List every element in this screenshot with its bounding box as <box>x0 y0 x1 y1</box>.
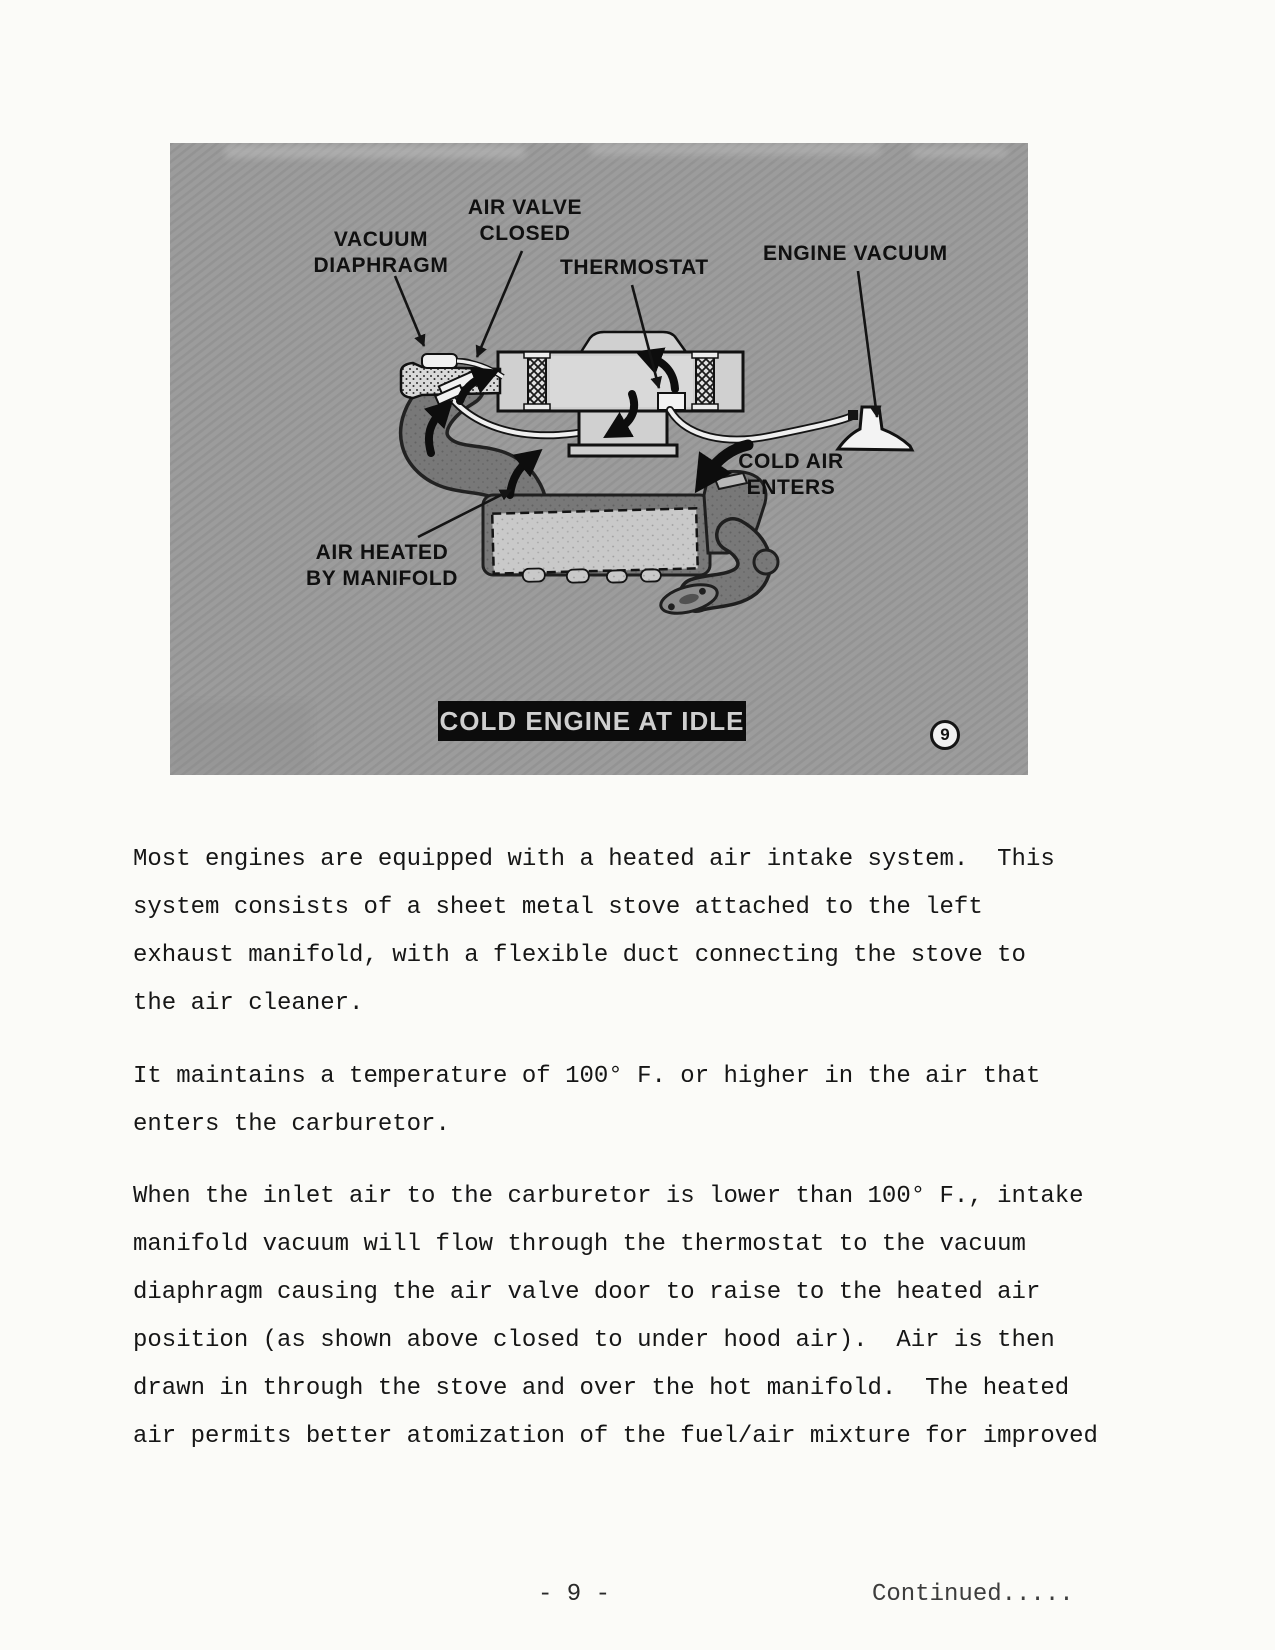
text-line: the air cleaner. <box>133 980 1055 1028</box>
text-line: manifold vacuum will flow through the th… <box>133 1221 1098 1269</box>
carburetor-base <box>569 445 677 456</box>
text-line: diaphragm causing the air valve door to … <box>133 1269 1098 1317</box>
page-number: - 9 - <box>538 1580 610 1610</box>
figure-photo: AIR VALVE CLOSED VACUUM DIAPHRAGM THERMO… <box>170 143 1028 775</box>
photo-background <box>170 143 1028 775</box>
text-line: exhaust manifold, with a flexible duct c… <box>133 932 1055 980</box>
air-cleaner-dome <box>581 332 686 352</box>
label-engine-vacuum: ENGINE VACUUM <box>763 241 948 267</box>
paragraph-1: Most engines are equipped with a heated … <box>133 836 1055 1028</box>
text-line: Most engines are equipped with a heated … <box>133 836 1055 884</box>
text-line: When the inlet air to the carburetor is … <box>133 1173 1098 1221</box>
label-cold-air-enters: COLD AIR ENTERS <box>738 449 844 501</box>
paragraph-2: It maintains a temperature of 100° F. or… <box>133 1053 1040 1149</box>
text-line: enters the carburetor. <box>133 1101 1040 1149</box>
manual-page: AIR VALVE CLOSED VACUUM DIAPHRAGM THERMO… <box>0 0 1275 1650</box>
paragraph-3: When the inlet air to the carburetor is … <box>133 1173 1098 1461</box>
text-line: It maintains a temperature of 100° F. or… <box>133 1053 1040 1101</box>
text-line: air permits better atomization of the fu… <box>133 1413 1098 1461</box>
figure-caption-banner: COLD ENGINE AT IDLE <box>438 701 746 741</box>
filter-element-right <box>692 352 718 410</box>
text-line: system consists of a sheet metal stove a… <box>133 884 1055 932</box>
figure-number-badge: 9 <box>930 720 960 750</box>
engine-airflow-diagram <box>170 143 1028 775</box>
label-air-valve-closed: AIR VALVE CLOSED <box>468 195 582 247</box>
label-vacuum-diaphragm: VACUUM DIAPHRAGM <box>314 227 449 279</box>
text-line: drawn in through the stove and over the … <box>133 1365 1098 1413</box>
continued-note: Continued..... <box>872 1580 1074 1610</box>
filter-element-left <box>524 352 550 410</box>
label-air-heated-by-manifold: AIR HEATED BY MANIFOLD <box>306 540 458 592</box>
vacuum-diaphragm-part <box>422 354 457 368</box>
text-line: position (as shown above closed to under… <box>133 1317 1098 1365</box>
label-thermostat: THERMOSTAT <box>560 255 709 281</box>
